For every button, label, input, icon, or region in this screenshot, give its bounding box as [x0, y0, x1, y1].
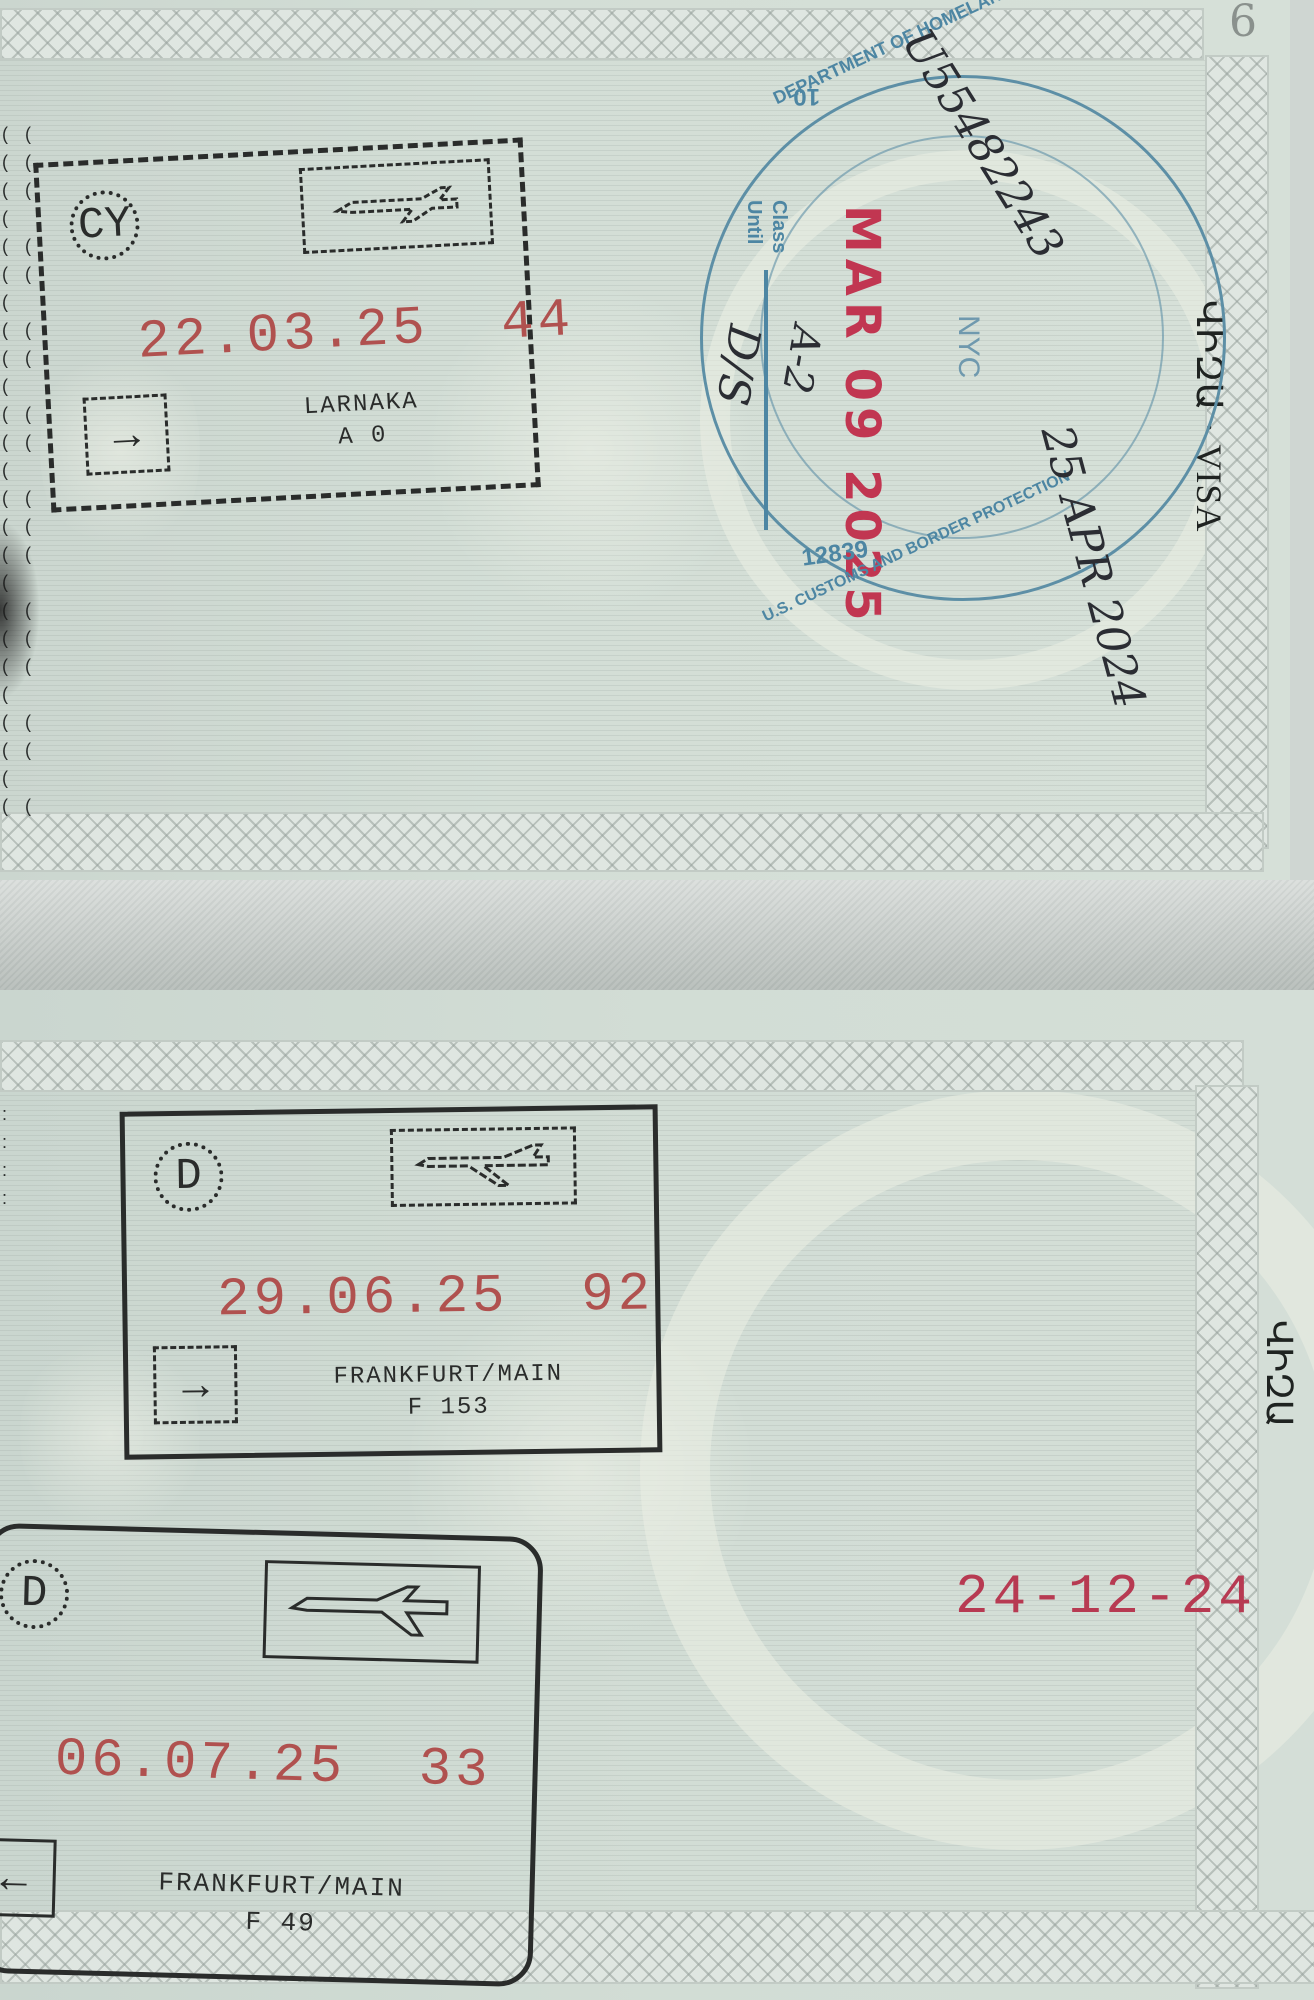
perforation-dots: ::::	[2, 1100, 42, 1212]
stamp-date: 22.03.25 44	[136, 290, 575, 374]
guilloche-border-bottom	[0, 812, 1264, 872]
page-number: 6	[1218, 0, 1268, 48]
stamp-date: 06.07.25 33	[54, 1730, 492, 1802]
cbp-until-label: Until	[742, 200, 765, 244]
arrow-right-icon: →	[153, 1345, 238, 1424]
airplane-icon	[263, 1560, 481, 1664]
guilloche-border-top	[0, 8, 1204, 60]
stamp-port: FRANKFURT/MAIN	[101, 1866, 462, 1905]
red-date-stamp: 24-12-24 6	[955, 1565, 1314, 1629]
cbp-port: NYC	[951, 315, 985, 378]
cbp-divider-line	[764, 270, 768, 530]
visa-page-label: ՎԻԶԱ	[1258, 1320, 1300, 1427]
stamp-port-code: F 49	[100, 1903, 461, 1942]
guilloche-border-top	[0, 1040, 1244, 1092]
gutter-shadow	[0, 880, 1314, 990]
stamp-port-code: F 153	[259, 1392, 639, 1424]
cbp-class-label: Class	[767, 200, 790, 253]
arrow-right-icon: →	[83, 393, 171, 475]
airplane-icon	[299, 158, 494, 254]
cbp-station-number: 10	[793, 82, 820, 110]
entry-stamp-frankfurt: D 29.06.25 92 → FRANKFURT/MAIN F 153	[120, 1104, 663, 1459]
entry-stamp-larnaka: CY 22.03.25 44 → LARNAKA A 0	[33, 137, 541, 512]
stamp-date: 29.06.25 92	[217, 1264, 655, 1331]
country-code-cy: CY	[68, 189, 142, 263]
stamp-port: FRANKFURT/MAIN	[258, 1360, 638, 1392]
airplane-icon	[390, 1126, 577, 1207]
country-code-d: D	[0, 1558, 70, 1630]
guilloche-border-right	[1195, 1085, 1259, 1989]
exit-stamp-frankfurt: D 06.07.25 33 ← FRANKFURT/MAIN F 49	[0, 1523, 544, 1987]
arrow-left-icon: ←	[0, 1838, 57, 1918]
country-code-d: D	[153, 1141, 224, 1212]
